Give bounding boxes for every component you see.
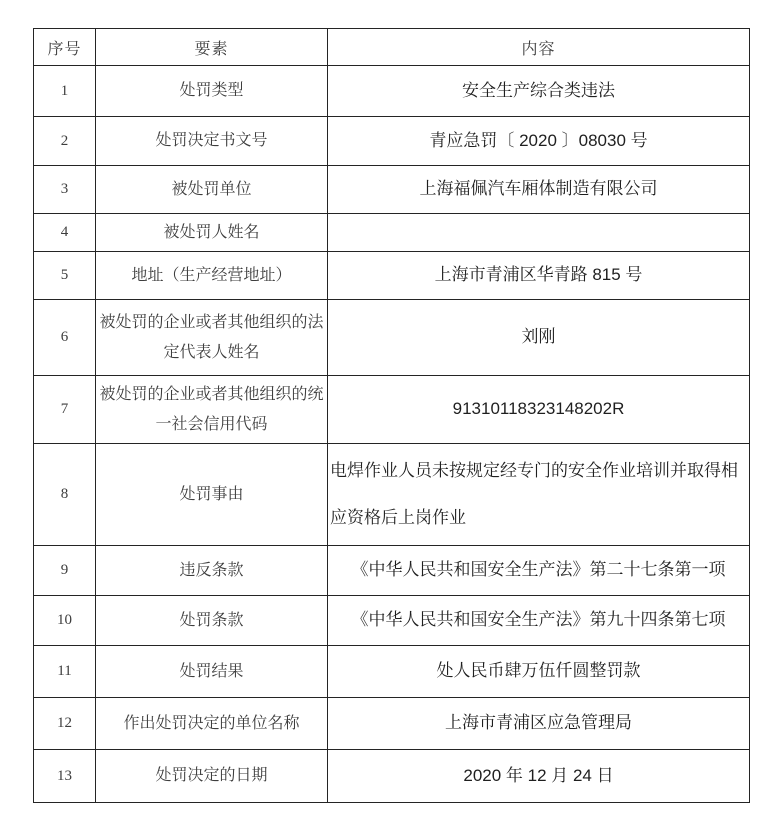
table-row: 1 处罚类型 安全生产综合类违法 xyxy=(34,66,750,117)
header-num: 序号 xyxy=(34,29,96,66)
row-num: 3 xyxy=(34,166,96,214)
row-label: 处罚类型 xyxy=(96,66,328,117)
row-num: 9 xyxy=(34,546,96,596)
row-content: 青应急罚〔 2020 〕08030 号 xyxy=(328,117,750,166)
row-content: 《中华人民共和国安全生产法》第九十四条第七项 xyxy=(328,596,750,646)
row-label: 处罚决定书文号 xyxy=(96,117,328,166)
row-num: 8 xyxy=(34,444,96,546)
row-label: 处罚事由 xyxy=(96,444,328,546)
row-content: 刘刚 xyxy=(328,300,750,376)
row-content: 上海市青浦区华青路 815 号 xyxy=(328,252,750,300)
row-label: 作出处罚决定的单位名称 xyxy=(96,698,328,750)
penalty-info-table: 序号 要素 内容 1 处罚类型 安全生产综合类违法 2 处罚决定书文号 青应急罚… xyxy=(33,28,750,803)
row-content: 电焊作业人员未按规定经专门的安全作业培训并取得相应资格后上岗作业 xyxy=(328,444,750,546)
table-row: 3 被处罚单位 上海福佩汽车厢体制造有限公司 xyxy=(34,166,750,214)
row-content: 2020 年 12 月 24 日 xyxy=(328,750,750,803)
row-num: 5 xyxy=(34,252,96,300)
row-label: 被处罚人姓名 xyxy=(96,214,328,252)
table-header-row: 序号 要素 内容 xyxy=(34,29,750,66)
header-content: 内容 xyxy=(328,29,750,66)
row-label: 处罚决定的日期 xyxy=(96,750,328,803)
row-label: 处罚结果 xyxy=(96,646,328,698)
table-row: 12 作出处罚决定的单位名称 上海市青浦区应急管理局 xyxy=(34,698,750,750)
row-content: 上海福佩汽车厢体制造有限公司 xyxy=(328,166,750,214)
row-content xyxy=(328,214,750,252)
row-label: 被处罚的企业或者其他组织的法定代表人姓名 xyxy=(96,300,328,376)
row-num: 10 xyxy=(34,596,96,646)
table-row: 4 被处罚人姓名 xyxy=(34,214,750,252)
row-content: 处人民币肆万伍仟圆整罚款 xyxy=(328,646,750,698)
row-label: 被处罚单位 xyxy=(96,166,328,214)
row-num: 11 xyxy=(34,646,96,698)
row-label: 地址（生产经营地址） xyxy=(96,252,328,300)
row-num: 12 xyxy=(34,698,96,750)
row-num: 6 xyxy=(34,300,96,376)
table-row: 5 地址（生产经营地址） 上海市青浦区华青路 815 号 xyxy=(34,252,750,300)
row-label: 被处罚的企业或者其他组织的统一社会信用代码 xyxy=(96,376,328,444)
table-row: 10 处罚条款 《中华人民共和国安全生产法》第九十四条第七项 xyxy=(34,596,750,646)
table-row: 6 被处罚的企业或者其他组织的法定代表人姓名 刘刚 xyxy=(34,300,750,376)
penalty-table-body: 1 处罚类型 安全生产综合类违法 2 处罚决定书文号 青应急罚〔 2020 〕0… xyxy=(34,66,750,803)
row-num: 2 xyxy=(34,117,96,166)
row-content: 91310118323148202R xyxy=(328,376,750,444)
row-num: 13 xyxy=(34,750,96,803)
row-label: 违反条款 xyxy=(96,546,328,596)
row-content: 《中华人民共和国安全生产法》第二十七条第一项 xyxy=(328,546,750,596)
table-row: 11 处罚结果 处人民币肆万伍仟圆整罚款 xyxy=(34,646,750,698)
table-row: 7 被处罚的企业或者其他组织的统一社会信用代码 9131011832314820… xyxy=(34,376,750,444)
row-content: 上海市青浦区应急管理局 xyxy=(328,698,750,750)
table-row: 2 处罚决定书文号 青应急罚〔 2020 〕08030 号 xyxy=(34,117,750,166)
header-element: 要素 xyxy=(96,29,328,66)
row-num: 7 xyxy=(34,376,96,444)
row-num: 1 xyxy=(34,66,96,117)
row-label: 处罚条款 xyxy=(96,596,328,646)
table-row: 8 处罚事由 电焊作业人员未按规定经专门的安全作业培训并取得相应资格后上岗作业 xyxy=(34,444,750,546)
penalty-info-table-wrap: 序号 要素 内容 1 处罚类型 安全生产综合类违法 2 处罚决定书文号 青应急罚… xyxy=(33,28,750,803)
table-row: 9 违反条款 《中华人民共和国安全生产法》第二十七条第一项 xyxy=(34,546,750,596)
row-content: 安全生产综合类违法 xyxy=(328,66,750,117)
table-row: 13 处罚决定的日期 2020 年 12 月 24 日 xyxy=(34,750,750,803)
row-num: 4 xyxy=(34,214,96,252)
